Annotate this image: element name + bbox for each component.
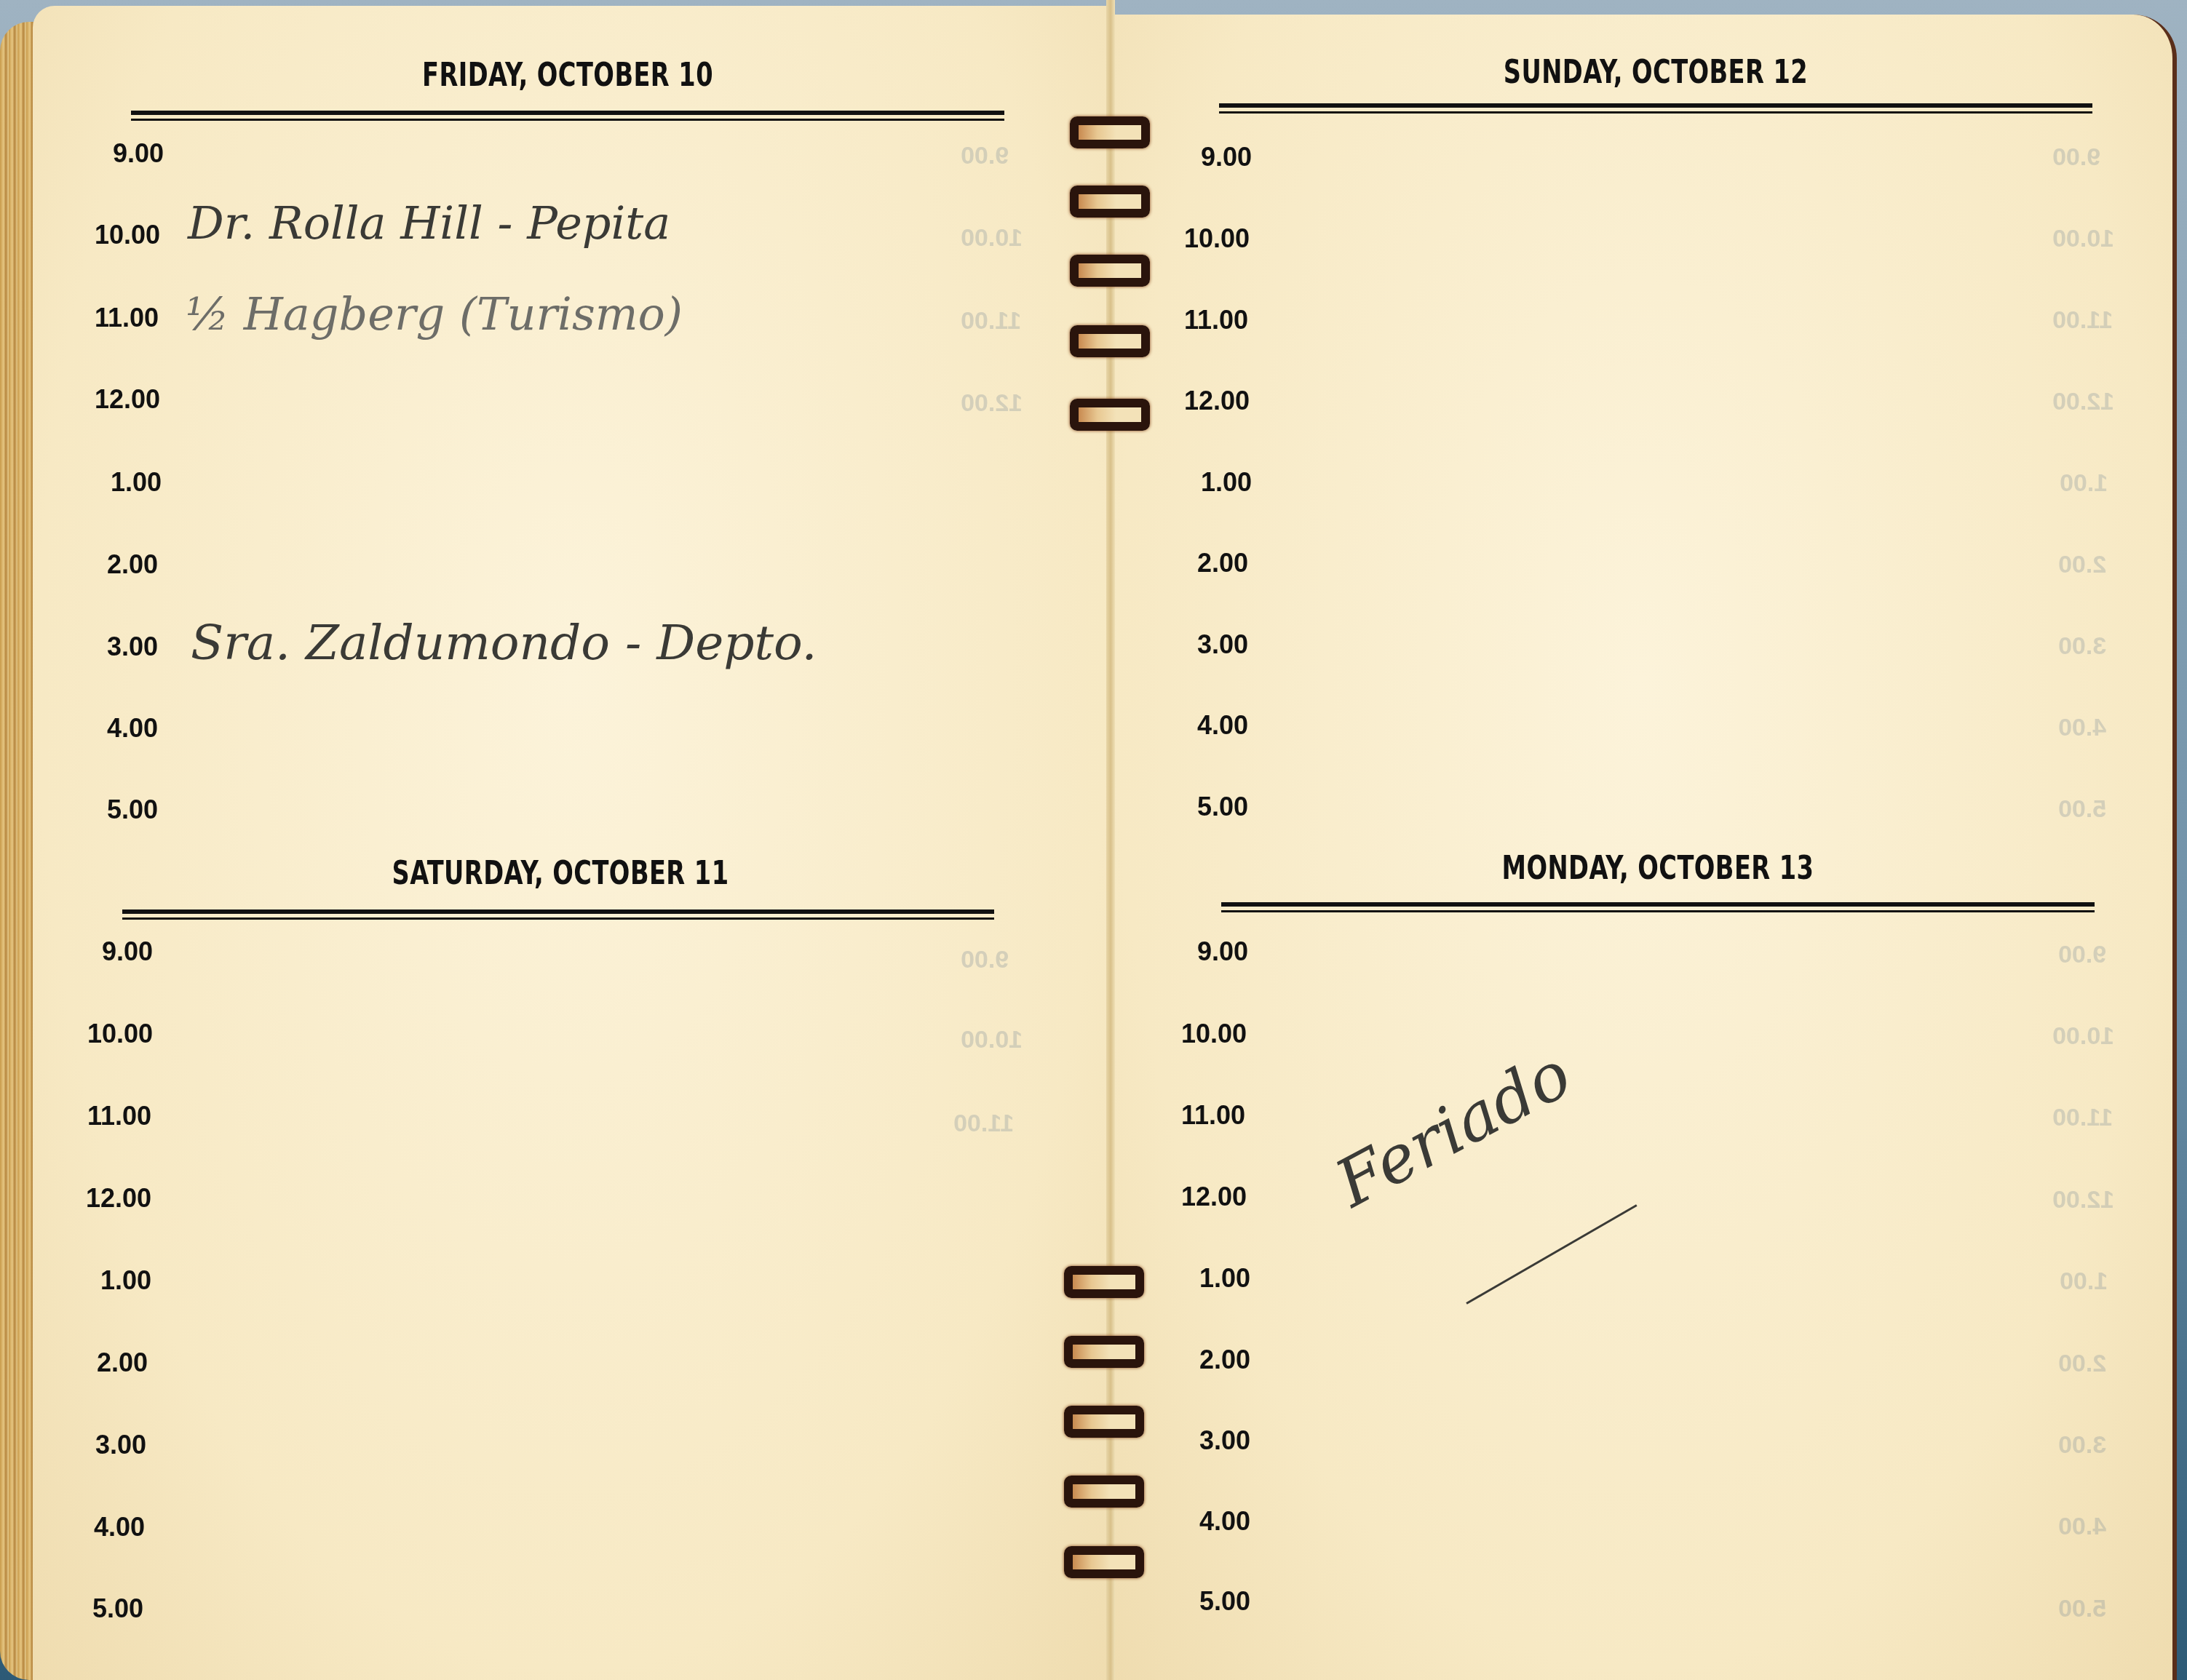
ghost-time: 12.00 <box>961 389 1023 418</box>
spiral-coil-icon <box>1064 1476 1144 1508</box>
handwritten-entry: Dr. Rolla Hill - Pepita <box>188 196 670 250</box>
time-label: 12.00 <box>95 384 160 415</box>
ghost-time: 9.00 <box>961 142 1009 170</box>
time-label: 1.00 <box>100 1265 151 1296</box>
ghost-time: 10.00 <box>2052 1022 2114 1051</box>
ghost-time: 10.00 <box>2052 225 2114 253</box>
ghost-time: 11.00 <box>961 307 1021 335</box>
time-label: 4.00 <box>107 713 158 744</box>
spiral-coil-icon <box>1070 186 1150 218</box>
ghost-time: 10.00 <box>961 224 1023 252</box>
ghost-time: 5.00 <box>2058 1595 2106 1623</box>
time-label: 5.00 <box>1199 1586 1250 1617</box>
spiral-coil-icon <box>1070 116 1150 148</box>
time-label: 5.00 <box>92 1593 143 1624</box>
spiral-coil-icon <box>1070 325 1150 357</box>
time-label: 1.00 <box>111 467 162 498</box>
ghost-time: 11.00 <box>953 1110 1014 1138</box>
right-page <box>1110 15 2177 1680</box>
spiral-coil-icon <box>1064 1266 1144 1298</box>
ghost-time: 11.00 <box>2052 1104 2113 1132</box>
ghost-time: 2.00 <box>2058 551 2106 579</box>
spiral-coil-icon <box>1064 1406 1144 1438</box>
spiral-coil-icon <box>1070 255 1150 287</box>
ghost-time: 1.00 <box>2060 1267 2108 1296</box>
time-label: 2.00 <box>107 549 158 580</box>
spiral-coil-icon <box>1064 1336 1144 1368</box>
ghost-time: 5.00 <box>2058 795 2106 824</box>
ghost-time: 4.00 <box>2058 1513 2106 1541</box>
ghost-time: 2.00 <box>2058 1350 2106 1378</box>
time-label: 2.00 <box>1197 548 1248 578</box>
ghost-time: 1.00 <box>2060 469 2108 498</box>
time-label: 12.00 <box>86 1183 151 1214</box>
time-label: 2.00 <box>97 1347 148 1378</box>
left-page <box>33 6 1114 1680</box>
time-label: 11.00 <box>87 1101 151 1131</box>
time-label: 3.00 <box>95 1430 146 1460</box>
day-header-sunday: SUNDAY, OCTOBER 12 <box>1285 54 2027 91</box>
time-label: 5.00 <box>107 795 158 825</box>
ghost-time: 4.00 <box>2058 714 2106 742</box>
header-rule <box>122 909 994 920</box>
day-header-monday: MONDAY, OCTOBER 13 <box>1287 850 2029 887</box>
time-label: 3.00 <box>1199 1425 1250 1456</box>
time-label: 4.00 <box>1197 710 1248 741</box>
time-label: 10.00 <box>1181 1019 1247 1049</box>
time-label: 10.00 <box>1184 223 1250 254</box>
ghost-time: 9.00 <box>2052 143 2100 172</box>
header-rule <box>1221 902 2095 912</box>
ghost-time: 9.00 <box>961 946 1009 974</box>
time-label: 11.00 <box>1181 1100 1245 1131</box>
time-label: 10.00 <box>87 1019 153 1049</box>
handwritten-entry: Sra. Zaldumondo - Depto. <box>191 615 817 671</box>
day-header-friday: FRIDAY, OCTOBER 10 <box>197 57 939 94</box>
open-planner-book: FRIDAY, OCTOBER 10 9.00 10.00 11.00 12.0… <box>0 0 2187 1680</box>
time-label: 9.00 <box>113 138 164 169</box>
time-label: 5.00 <box>1197 792 1248 822</box>
time-label: 1.00 <box>1199 1263 1250 1294</box>
spiral-coil-icon <box>1064 1546 1144 1578</box>
time-label: 9.00 <box>1197 936 1248 967</box>
time-label: 9.00 <box>1201 142 1252 172</box>
time-label: 11.00 <box>95 303 159 333</box>
ghost-time: 3.00 <box>2058 632 2106 661</box>
spiral-coil-icon <box>1070 399 1150 431</box>
time-label: 11.00 <box>1184 305 1248 335</box>
header-rule <box>1219 103 2092 114</box>
ghost-time: 9.00 <box>2058 941 2106 969</box>
time-label: 1.00 <box>1201 467 1252 498</box>
header-rule <box>131 111 1004 121</box>
ghost-time: 10.00 <box>961 1026 1023 1054</box>
ghost-time: 12.00 <box>2052 1186 2114 1214</box>
ghost-time: 3.00 <box>2058 1431 2106 1460</box>
time-label: 3.00 <box>1197 629 1248 660</box>
ghost-time: 12.00 <box>2052 388 2114 416</box>
time-label: 12.00 <box>1181 1182 1247 1212</box>
time-label: 10.00 <box>95 220 160 250</box>
time-label: 9.00 <box>102 936 153 967</box>
handwritten-entry: ½ Hagberg (Turismo) <box>186 287 683 341</box>
time-label: 3.00 <box>107 632 158 662</box>
ghost-time: 11.00 <box>2052 306 2113 335</box>
time-label: 12.00 <box>1184 386 1250 416</box>
time-label: 4.00 <box>1199 1506 1250 1537</box>
time-label: 4.00 <box>94 1512 145 1542</box>
day-header-saturday: SATURDAY, OCTOBER 11 <box>189 855 932 892</box>
time-label: 2.00 <box>1199 1345 1250 1375</box>
